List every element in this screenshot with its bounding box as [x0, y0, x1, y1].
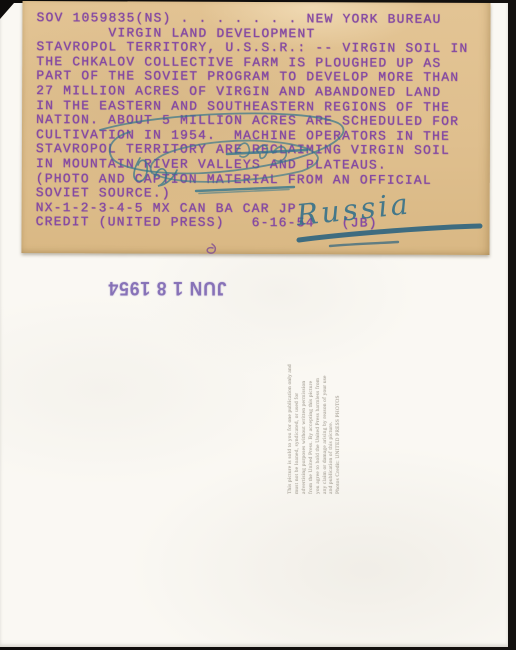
- scanned-photo-back: SOV 1059835(NS) . . . . . . . NEW YORK B…: [0, 0, 516, 650]
- date-stamp: JUN 1 8 1954: [104, 272, 231, 298]
- disclaimer-stamp: This picture is sold to you for one publ…: [287, 346, 343, 494]
